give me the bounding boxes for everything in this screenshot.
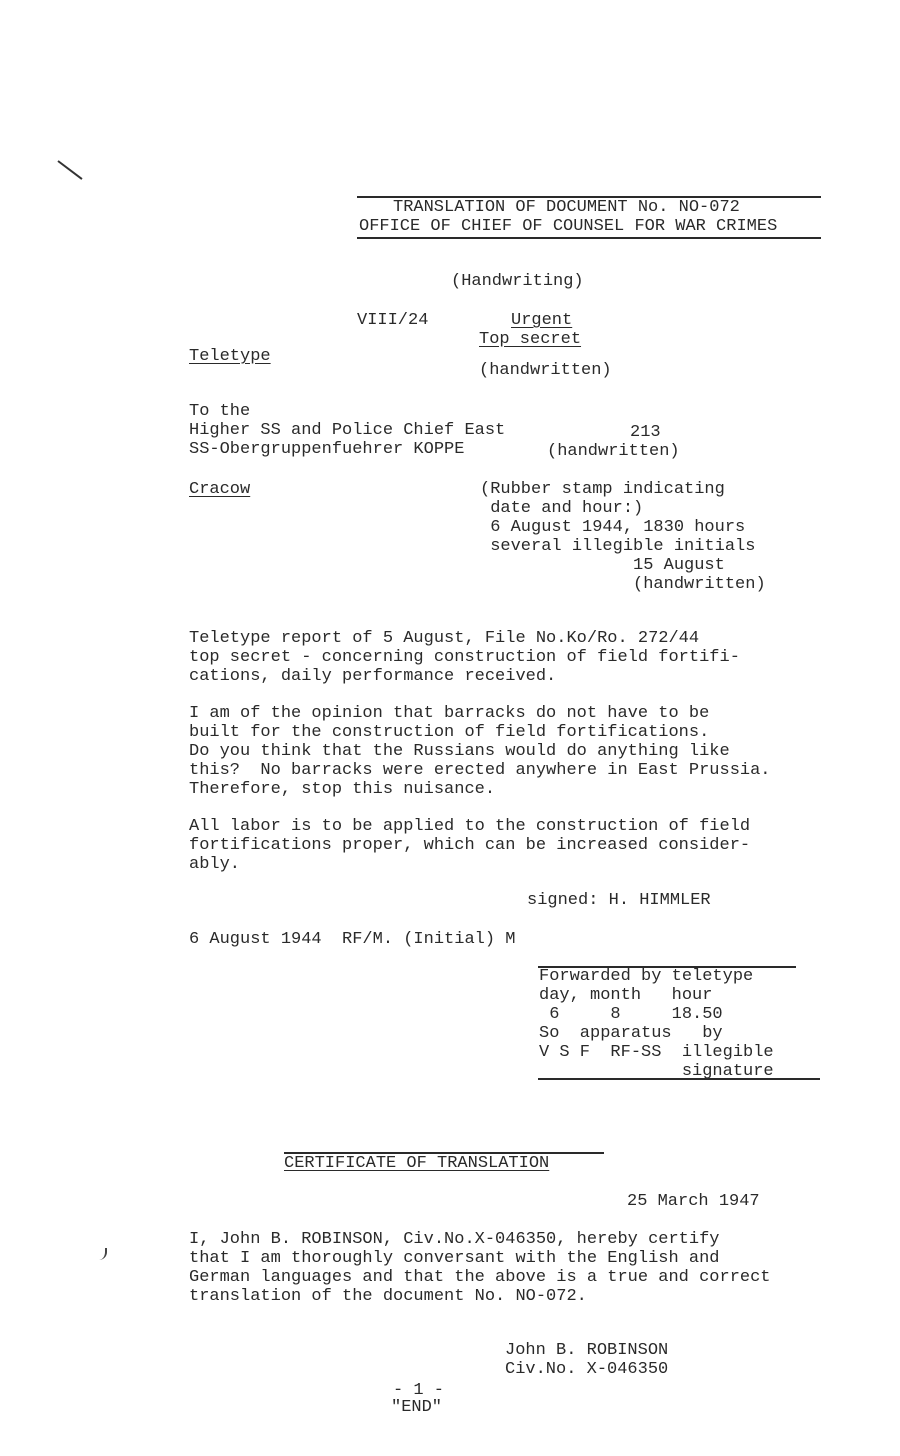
urgent-label: Urgent — [511, 311, 572, 330]
certificate-title: CERTIFICATE OF TRANSLATION — [284, 1154, 549, 1173]
header-rule-bottom — [357, 237, 821, 239]
stray-pen-mark — [57, 160, 82, 180]
body-paragraph-2: I am of the opinion that barracks do not… — [189, 704, 771, 799]
document-title: TRANSLATION OF DOCUMENT No. NO-072 — [393, 198, 740, 217]
signature-line: signed: H. HIMMLER — [527, 891, 711, 910]
rubber-stamp-note: (Rubber stamp indicating date and hour:)… — [480, 480, 766, 594]
handwritten-note-1: (handwritten) — [479, 361, 612, 380]
body-paragraph-3: All labor is to be applied to the constr… — [189, 817, 750, 874]
top-secret-label: Top secret — [479, 330, 581, 349]
office-title: OFFICE OF CHIEF OF COUNSEL FOR WAR CRIME… — [359, 217, 777, 236]
certificate-body: I, John B. ROBINSON, Civ.No.X-046350, he… — [189, 1230, 771, 1306]
translator-signature: John B. ROBINSON Civ.No. X-046350 — [505, 1341, 668, 1379]
addressee-block: To the Higher SS and Police Chief East S… — [189, 402, 505, 459]
body-paragraph-1: Teletype report of 5 August, File No.Ko/… — [189, 629, 740, 686]
forwarding-rule-bottom — [538, 1078, 820, 1080]
certificate-date: 25 March 1947 — [627, 1192, 760, 1211]
forwarding-block: Forwarded by teletype day, month hour 6 … — [539, 967, 774, 1081]
margin-pen-mark — [99, 1248, 107, 1260]
end-mark: "END" — [391, 1398, 442, 1417]
reference-number: VIII/24 — [357, 311, 428, 330]
handwritten-note-2: (handwritten) — [547, 442, 680, 461]
handwritten-number: 213 — [630, 423, 661, 442]
handwriting-note: (Handwriting) — [451, 272, 584, 291]
teletype-label: Teletype — [189, 347, 271, 366]
addressee-city: Cracow — [189, 480, 250, 499]
date-line: 6 August 1944 RF/M. (Initial) M — [189, 930, 515, 949]
